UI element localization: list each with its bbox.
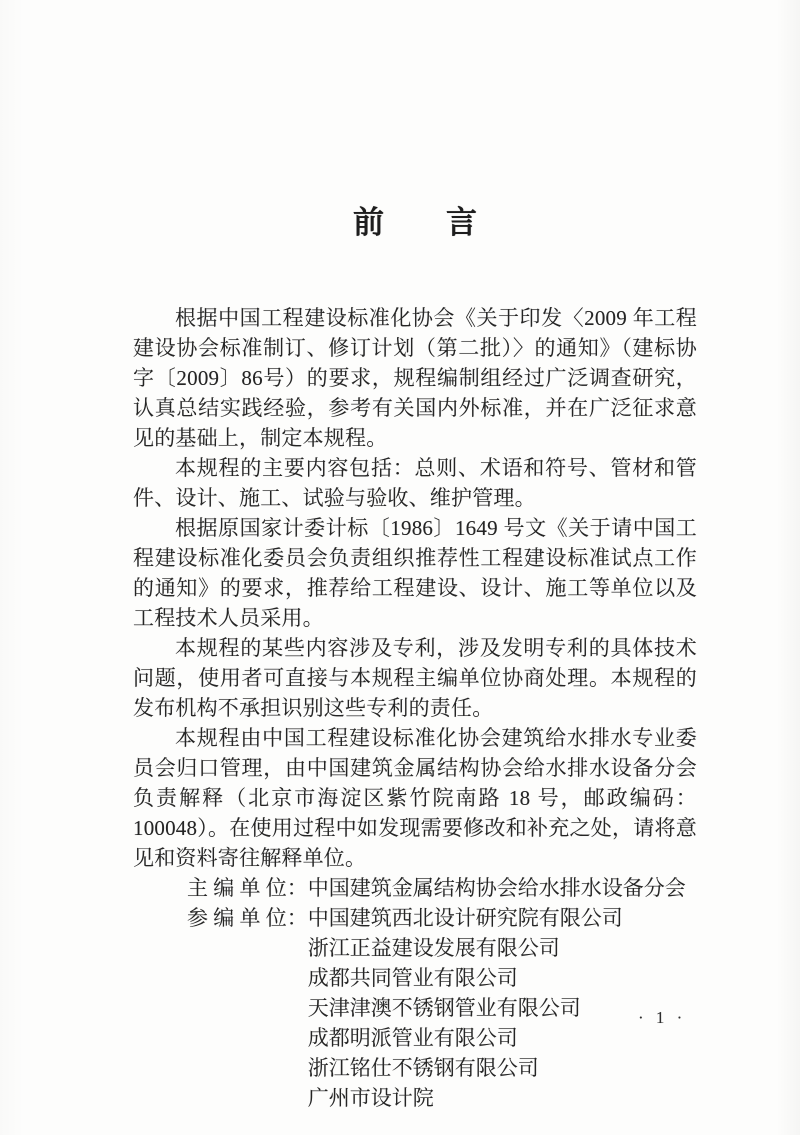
participating-company: 广州市设计院 bbox=[308, 1083, 697, 1113]
participating-company: 中国建筑西北设计研究院有限公司 bbox=[308, 903, 697, 933]
participating-editors-label: 参 编 单 位： bbox=[187, 903, 308, 933]
participating-editors-row: 参 编 单 位： 中国建筑西北设计研究院有限公司 浙江正益建设发展有限公司 成都… bbox=[133, 903, 697, 1113]
page-content: 前 言 根据中国工程建设标准化协会《关于印发〈2009 年工程建设协会标准制订、… bbox=[133, 205, 697, 1113]
foreword-paragraph-3: 根据原国家计委计标〔1986〕1649 号文《关于请中国工程建设标准化委员会负责… bbox=[133, 513, 697, 633]
participating-company: 浙江铭仕不锈钢有限公司 bbox=[308, 1053, 697, 1083]
foreword-paragraph-5: 本规程由中国工程建设标准化协会建筑给水排水专业委员会归口管理，由中国建筑金属结构… bbox=[133, 723, 697, 873]
document-page: 前 言 根据中国工程建设标准化协会《关于印发〈2009 年工程建设协会标准制订、… bbox=[0, 0, 800, 1135]
foreword-paragraph-2: 本规程的主要内容包括：总则、术语和符号、管材和管件、设计、施工、试验与验收、维护… bbox=[133, 453, 697, 513]
foreword-paragraph-4: 本规程的某些内容涉及专利，涉及发明专利的具体技术问题，使用者可直接与本规程主编单… bbox=[133, 633, 697, 723]
page-number: · 1 · bbox=[638, 1008, 686, 1028]
participating-company: 成都共同管业有限公司 bbox=[308, 963, 697, 993]
participating-company: 浙江正益建设发展有限公司 bbox=[308, 933, 697, 963]
editors-section: 主 编 单 位： 中国建筑金属结构协会给水排水设备分会 参 编 单 位： 中国建… bbox=[133, 873, 697, 1113]
foreword-paragraph-1: 根据中国工程建设标准化协会《关于印发〈2009 年工程建设协会标准制订、修订计划… bbox=[133, 303, 697, 453]
chief-editor-row: 主 编 单 位： 中国建筑金属结构协会给水排水设备分会 bbox=[133, 873, 697, 903]
page-title: 前 言 bbox=[133, 205, 697, 241]
chief-editor-label: 主 编 单 位： bbox=[187, 873, 308, 903]
chief-editor-value: 中国建筑金属结构协会给水排水设备分会 bbox=[308, 873, 697, 903]
